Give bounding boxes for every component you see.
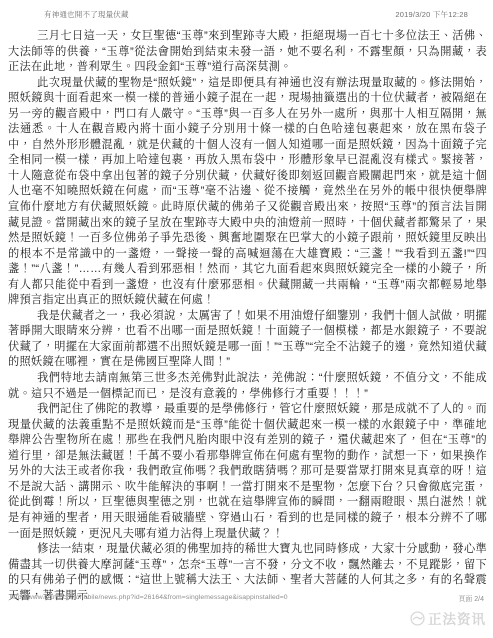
article-body: 三月七日這一天，女巨聖德“玉尊”來到聖跡寺大殿，拒絕現場一百七十多位法王、活佛、…: [8, 29, 487, 604]
document-page: 有神通也開不了現量伏藏 2019/3/20 下午12:28 三月七日這一天，女巨…: [0, 0, 493, 638]
page-header: 有神通也開不了現量伏藏 2019/3/20 下午12:28: [44, 9, 468, 20]
document-title: 有神通也開不了現量伏藏: [44, 9, 129, 20]
zhengfa-logo-icon: [410, 611, 425, 626]
source-url: http://www.lvcnn.com/mobile/news.php?id=…: [10, 594, 288, 601]
paragraph: 我們特地去請南無第三世多杰羌佛對此說法，羌佛說：“什麼照妖鏡，不值分文，不能成就…: [8, 371, 487, 402]
paragraph: 我是伏藏者之一，我必須說，太厲害了！如果不用油燈仔細鑒別，我們十個人試做，明擺著…: [8, 309, 487, 371]
watermark-label: 正法资讯: [428, 608, 486, 628]
paragraph: 三月七日這一天，女巨聖德“玉尊”來到聖跡寺大殿，拒絕現場一百七十多位法王、活佛、…: [8, 29, 487, 76]
print-timestamp: 2019/3/20 下午12:28: [395, 9, 468, 20]
page-number: 頁面 2/4: [458, 594, 484, 604]
paragraph: 我們記住了佛陀的教導，最重要的是學佛修行，管它什麼照妖鏡，那是成就不了人的。而現…: [8, 402, 487, 542]
watermark-logo: 正法资讯: [410, 608, 486, 628]
paragraph: 此次現量伏藏的聖物是“照妖鏡”，這是即便具有神通也沒有辦法現量取藏的。修法開始，…: [8, 76, 487, 309]
